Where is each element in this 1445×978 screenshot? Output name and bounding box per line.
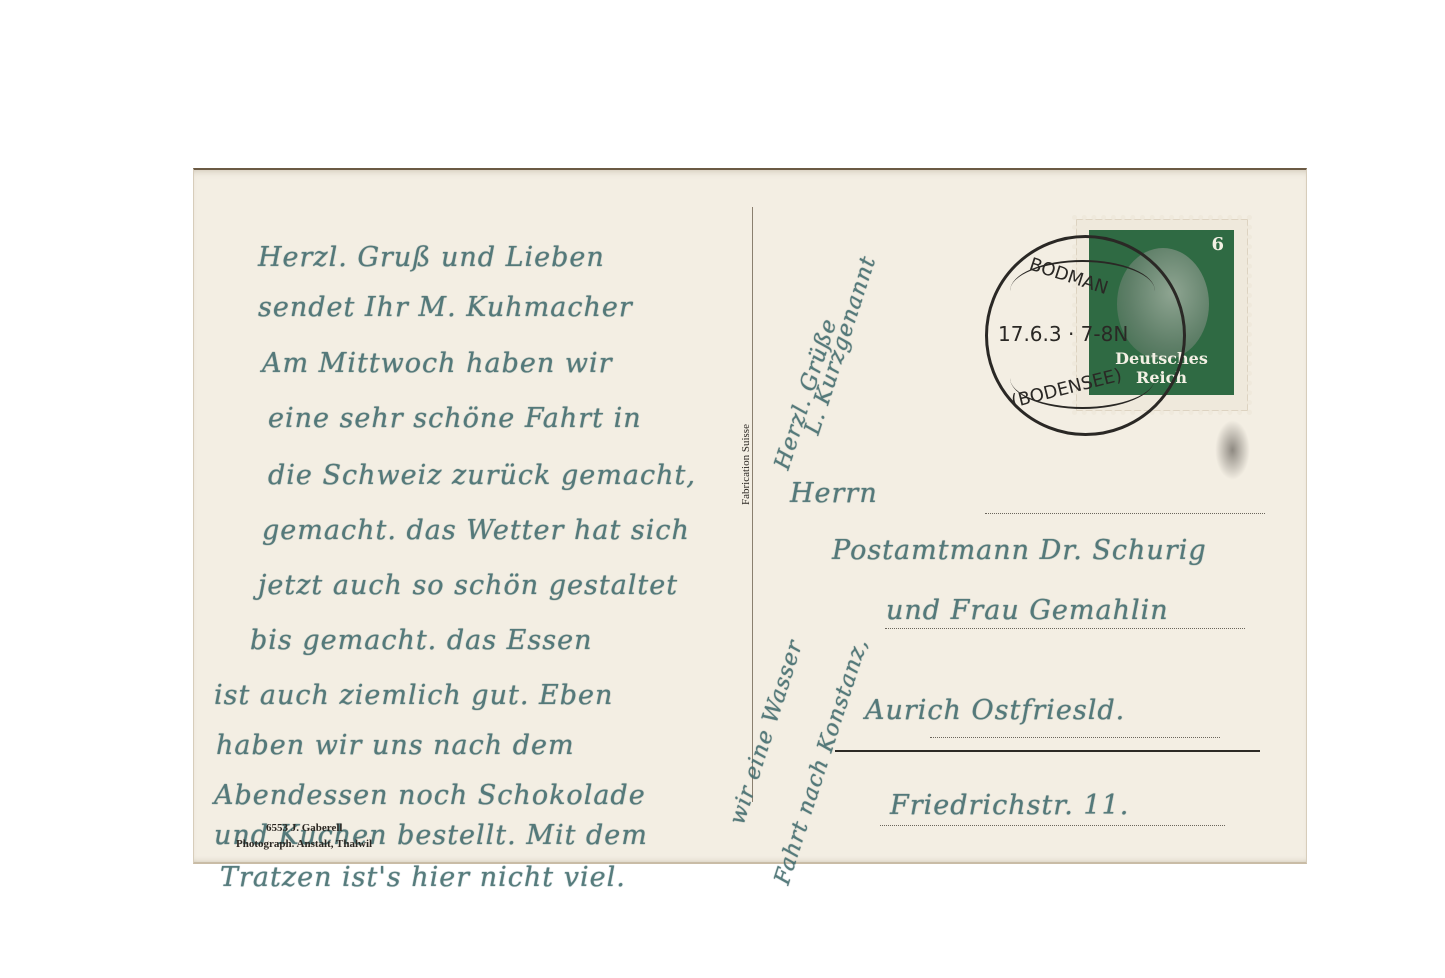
address-rule xyxy=(930,737,1220,738)
message-line: ist auch ziemlich gut. Eben xyxy=(214,680,613,711)
postmark-date: 17.6.3 · 7-8N xyxy=(998,322,1128,346)
message-line: Abendessen noch Schokolade xyxy=(214,780,646,811)
address-line: Postamtmann Dr. Schurig xyxy=(832,535,1207,566)
address-line: Aurich Ostfriesld. xyxy=(865,695,1125,726)
message-line: Am Mittwoch haben wir xyxy=(262,348,613,379)
message-line: Tratzen ist's hier nicht viel. xyxy=(220,862,626,893)
address-divider xyxy=(752,207,753,802)
address-rule xyxy=(880,825,1225,826)
vertical-imprint: Fabrication Suisse xyxy=(740,424,752,505)
message-line: jetzt auch so schön gestaltet xyxy=(258,570,678,601)
message-line: die Schweiz zurück gemacht, xyxy=(268,460,696,491)
stamp-value: 6 xyxy=(1211,234,1224,255)
address-rule xyxy=(885,628,1245,629)
message-line: haben wir uns nach dem xyxy=(216,730,575,761)
postmark: BODMAN 17.6.3 · 7-8N (BODENSEE) xyxy=(985,235,1186,436)
message-line: bis gemacht. das Essen xyxy=(250,625,592,656)
address-line: und Frau Gemahlin xyxy=(886,595,1169,626)
message-line: sendet Ihr M. Kuhmacher xyxy=(258,292,633,323)
address-rule-solid xyxy=(835,750,1260,752)
message-line: gemacht. das Wetter hat sich xyxy=(262,515,690,546)
publisher-studio: Photograph. Anstalt, Thalwil xyxy=(236,838,372,850)
publisher-number-name: 6553 J. Gaberell xyxy=(266,822,342,834)
ink-smudge xyxy=(1215,420,1250,480)
address-line: Herrn xyxy=(790,478,878,509)
address-line: Friedrichstr. 11. xyxy=(890,790,1129,821)
message-line: Herzl. Gruß und Lieben xyxy=(258,242,605,273)
address-rule xyxy=(985,513,1265,514)
message-line: eine sehr schöne Fahrt in xyxy=(268,403,642,434)
